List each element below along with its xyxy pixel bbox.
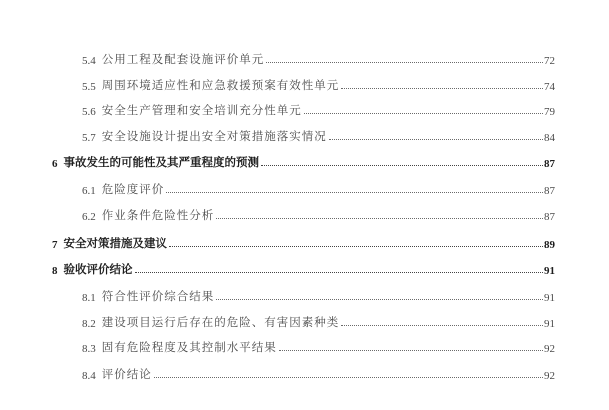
dot-leader [261,164,543,166]
toc-entry-page: 92 [544,370,555,382]
toc-entry[interactable]: 8 验收评价结论 91 [0,257,555,277]
toc-entry-number: 8.3 [82,343,96,355]
toc-entry[interactable]: 6 事故发生的可能性及其严重程度的预测 87 [0,150,555,170]
dot-leader [329,138,543,140]
toc-entry-title: 安全对策措施及建议 [64,235,168,251]
toc-entry-page: 91 [544,292,555,304]
toc-entry-page: 79 [544,106,555,118]
toc-entry-number: 5.6 [82,106,96,118]
toc-entry-page: 84 [544,132,555,144]
toc-entry[interactable]: 7 安全对策措施及建议 89 [0,231,555,251]
toc-entry-title: 验收评价结论 [64,261,133,277]
toc-entry-number: 5.4 [82,55,96,67]
toc-entry[interactable]: 5.5 周围环境适应性和应急救援预案有效性单元 74 [0,73,555,93]
toc-entry-title: 符合性评价综合结果 [102,288,215,304]
dot-leader [216,217,543,219]
toc-entry[interactable]: 8.2 建设项目运行后存在的危险、有害因素种类 91 [0,310,555,330]
dot-leader [216,298,543,300]
toc-entry[interactable]: 5.6 安全生产管理和安全培训充分性单元 79 [0,98,555,118]
toc-entry-page: 87 [544,185,555,197]
toc-entry-number: 5.7 [82,132,96,144]
dot-leader [135,271,544,273]
dot-leader [266,61,543,63]
toc-entry-number: 8.2 [82,318,96,330]
toc-entry[interactable]: 8.1 符合性评价综合结果 91 [0,284,555,304]
toc-entry-number: 8 [52,265,58,277]
dot-leader [166,191,543,193]
dot-leader [341,87,543,89]
toc-entry-page: 87 [544,211,555,223]
toc-entry-page: 91 [544,318,555,330]
toc-entry-number: 6 [52,158,58,170]
toc-entry-number: 7 [52,239,58,251]
toc-entry-number: 6.2 [82,211,96,223]
toc-entry[interactable]: 6.1 危险度评价 87 [0,177,555,197]
toc-entry-page: 89 [544,239,555,251]
dot-leader [304,112,543,114]
table-of-contents: 5.4 公用工程及配套设施评价单元 72 5.5 周围环境适应性和应急救援预案有… [0,0,609,410]
toc-entry-title: 评价结论 [102,366,152,382]
toc-entry-number: 8.4 [82,370,96,382]
toc-entry[interactable]: 6.2 作业条件危险性分析 87 [0,203,555,223]
toc-entry-number: 6.1 [82,185,96,197]
toc-entry[interactable]: 5.4 公用工程及配套设施评价单元 72 [0,47,555,67]
toc-entry-title: 作业条件危险性分析 [102,207,215,223]
toc-entry-page: 87 [544,158,555,170]
toc-entry-number: 8.1 [82,292,96,304]
toc-entry-title: 建设项目运行后存在的危险、有害因素种类 [102,314,340,330]
toc-entry[interactable]: 8.3 固有危险程度及其控制水平结果 92 [0,335,555,355]
toc-entry-title: 固有危险程度及其控制水平结果 [102,339,277,355]
toc-entry[interactable]: 8.4 评价结论 92 [0,362,555,382]
dot-leader [341,324,543,326]
toc-entry[interactable]: 5.7 安全设施设计提出安全对策措施落实情况 84 [0,124,555,144]
dot-leader [279,349,543,351]
toc-entry-page: 91 [544,265,555,277]
dot-leader [169,245,543,247]
toc-entry-title: 危险度评价 [102,181,165,197]
toc-entry-page: 72 [544,55,555,67]
toc-entry-number: 5.5 [82,81,96,93]
dot-leader [154,376,543,378]
toc-entry-page: 92 [544,343,555,355]
toc-entry-title: 周围环境适应性和应急救援预案有效性单元 [102,77,340,93]
toc-entry-title: 事故发生的可能性及其严重程度的预测 [64,154,260,170]
toc-entry-title: 公用工程及配套设施评价单元 [102,51,265,67]
toc-entry-title: 安全设施设计提出安全对策措施落实情况 [102,128,327,144]
toc-entry-page: 74 [544,81,555,93]
toc-entry-title: 安全生产管理和安全培训充分性单元 [102,102,302,118]
